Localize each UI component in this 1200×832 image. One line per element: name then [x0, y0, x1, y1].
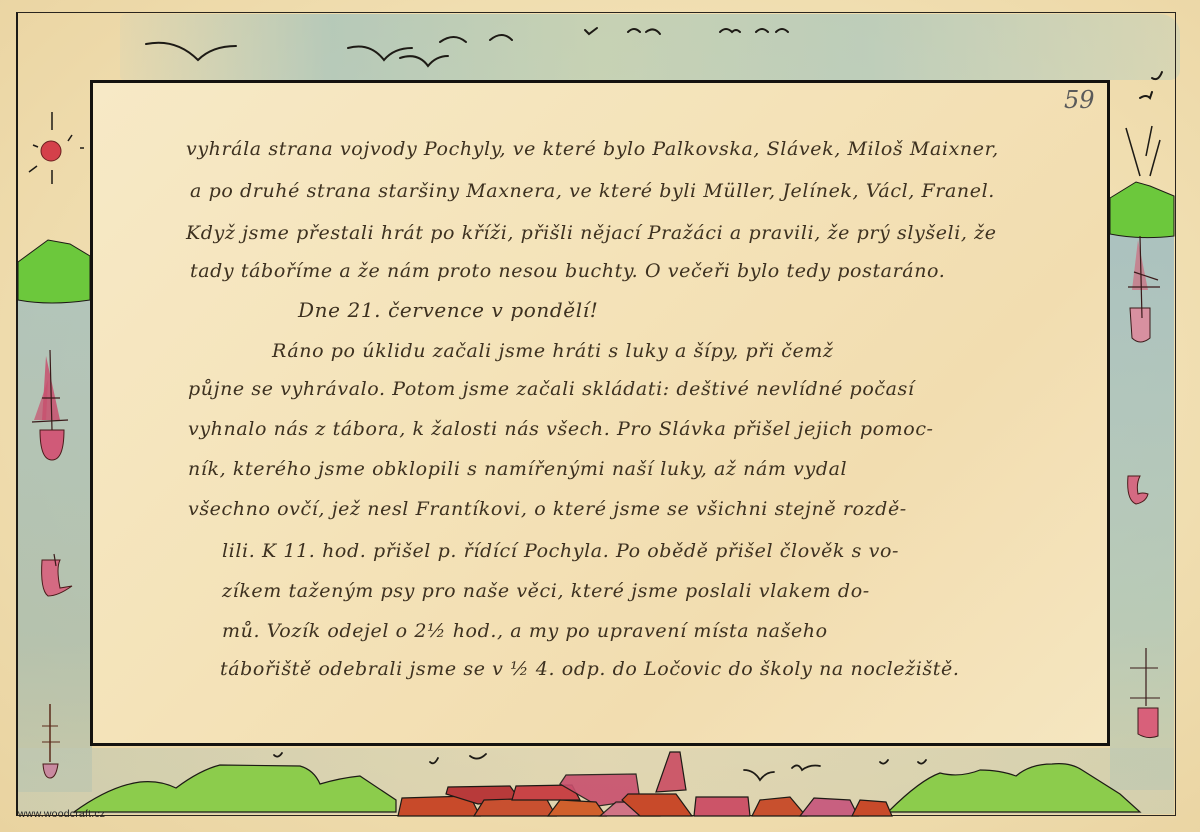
sailboat-icon-right-2 [1128, 476, 1148, 504]
sailboat-icon-left-3 [42, 704, 60, 778]
watermark-link[interactable]: www.woodcraft.cz [18, 808, 105, 820]
text-line: všechno ovčí, jež nesl Frantíkovi, o kte… [188, 498, 907, 520]
text-line: vyhrála strana vojvody Pochyly, ve které… [186, 138, 999, 160]
text-line: zíkem taženým psy pro naše věci, které j… [222, 580, 870, 602]
date-heading: Dne 21. července v pondělí! [298, 298, 598, 322]
hill-bottom-left [74, 765, 396, 812]
text-line: ník, kterého jsme obklopili s namířenými… [188, 458, 847, 480]
text-line: půjne se vyhrávalo. Potom jsme začali sk… [188, 378, 915, 400]
text-line: tady táboříme a že nám proto nesou bucht… [190, 260, 945, 282]
hill-right [1110, 182, 1174, 238]
sailboat-icon-left-1 [32, 350, 68, 460]
text-line: mů. Vozík odejel o 2½ hod., a my po upra… [222, 620, 828, 642]
text-line: vyhnalo nás z tábora, k žalosti nás všec… [188, 418, 934, 440]
page-number: 59 [1064, 86, 1095, 114]
text-line: Ráno po úklidu začali jsme hráti s luky … [272, 340, 834, 362]
sailboat-icon-right-1 [1128, 236, 1160, 342]
sun-icon [29, 112, 84, 184]
text-line: tábořiště odebrali jsme se v ½ 4. odp. d… [220, 658, 959, 680]
hill-bottom-right [888, 764, 1140, 812]
sailboat-icon-right-3 [1130, 648, 1160, 738]
sailboat-icon-left-2 [42, 554, 72, 596]
text-line: a po druhé strana staršiny Maxnera, ve k… [190, 180, 995, 202]
sun-rays-right [1126, 126, 1160, 176]
hill-left [18, 240, 90, 303]
town-roofs [398, 752, 892, 816]
text-line: Když jsme přestali hrát po kříži, přišli… [186, 222, 997, 244]
text-line: lili. K 11. hod. přišel p. řídící Pochyl… [222, 540, 899, 562]
